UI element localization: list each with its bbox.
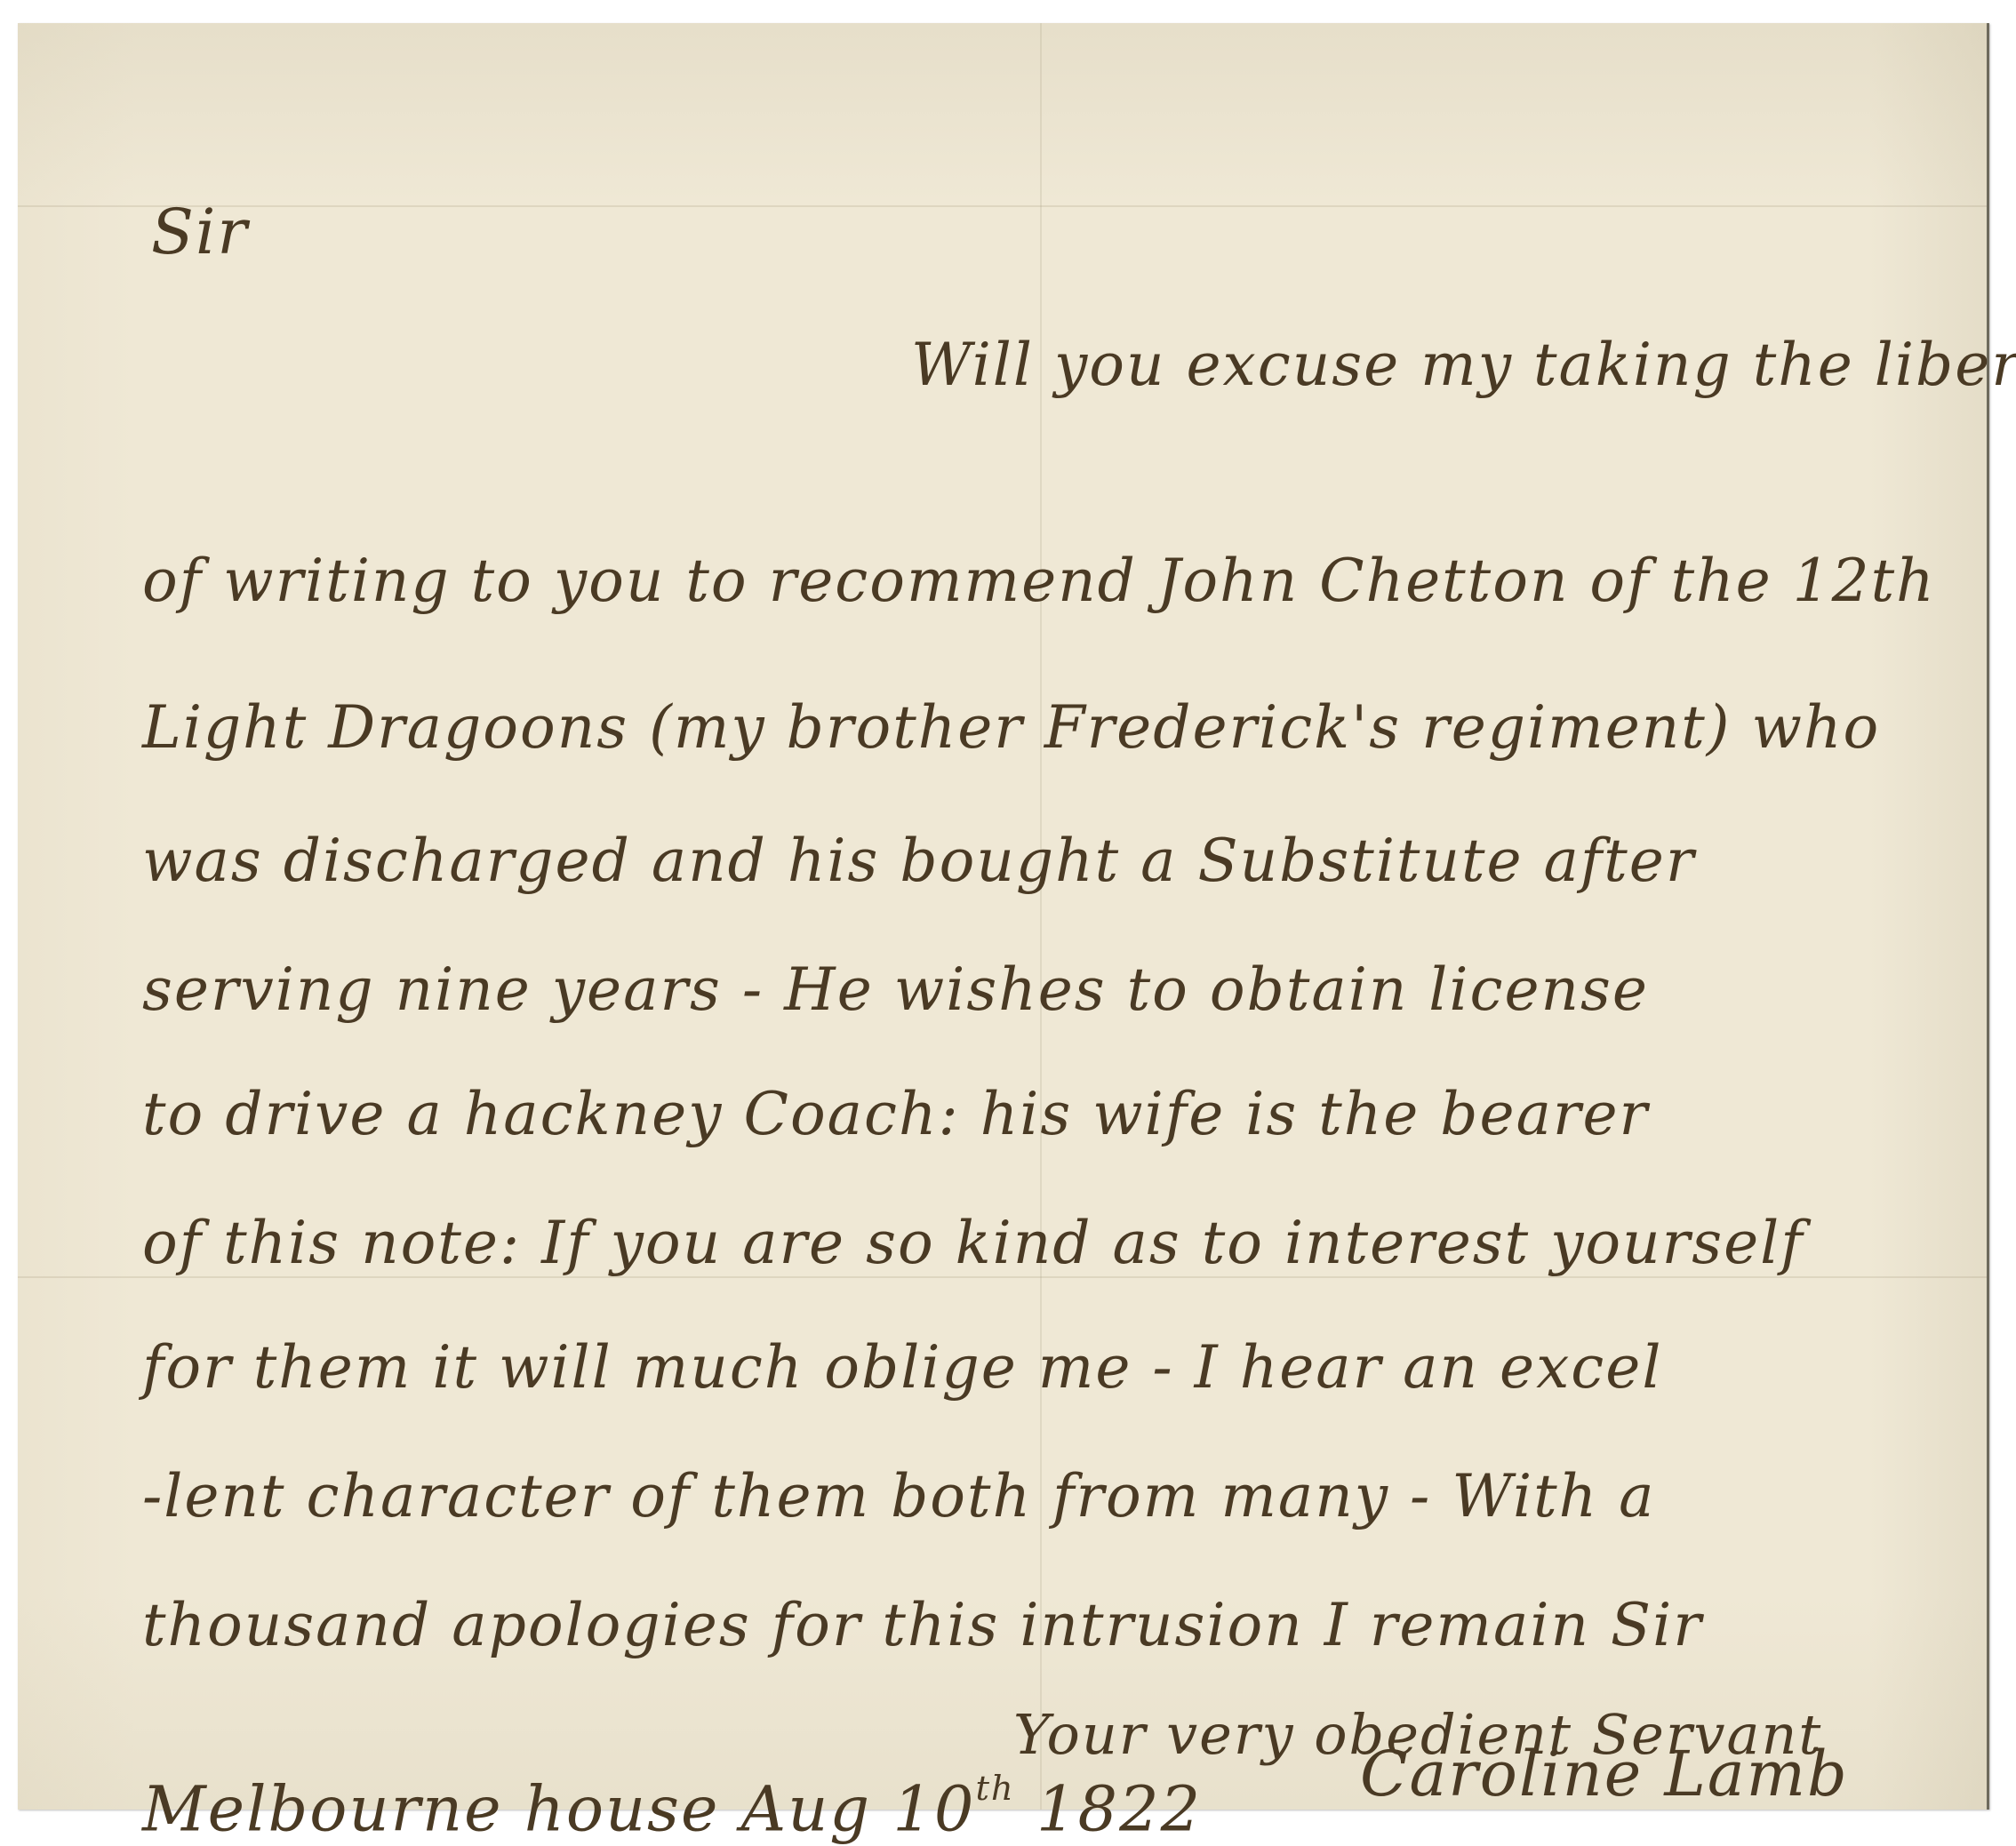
body-line-8: for them it will much oblige me - I hear…	[142, 1339, 1662, 1397]
place: Melbourne house	[142, 1773, 719, 1826]
date-suffix: th	[975, 1769, 1014, 1809]
body-line-1: Will you excuse my taking the liberty	[911, 336, 2013, 395]
paper-fold-horizontal-top	[18, 205, 1987, 207]
salutation: Sir	[151, 201, 249, 263]
paper-fold-vertical	[1040, 23, 1042, 1810]
body-line-2: of writing to you to recommend John Chet…	[142, 552, 1936, 611]
body-line-10: thousand apologies for this intrusion I …	[142, 1596, 1703, 1655]
body-line-5: serving nine years - He wishes to obtain…	[142, 961, 1649, 1019]
year: 1822	[1036, 1773, 1202, 1826]
body-line-3: Light Dragoons (my brother Frederick's r…	[142, 699, 1880, 757]
body-line-7: of this note: If you are so kind as to i…	[142, 1214, 1804, 1273]
place-and-date: Melbourne house Aug 10th 1822	[142, 1772, 1202, 1826]
body-line-6: to drive a hackney Coach: his wife is th…	[142, 1085, 1649, 1144]
body-line-9: -lent character of them both from many -…	[142, 1467, 1655, 1526]
body-line-4: was discharged and his bought a Substitu…	[142, 832, 1695, 891]
signature: Caroline Lamb	[1360, 1743, 1849, 1805]
letter-page: Sir Will you excuse my taking the libert…	[18, 23, 1989, 1810]
date-month-day: Aug 10	[741, 1773, 976, 1826]
